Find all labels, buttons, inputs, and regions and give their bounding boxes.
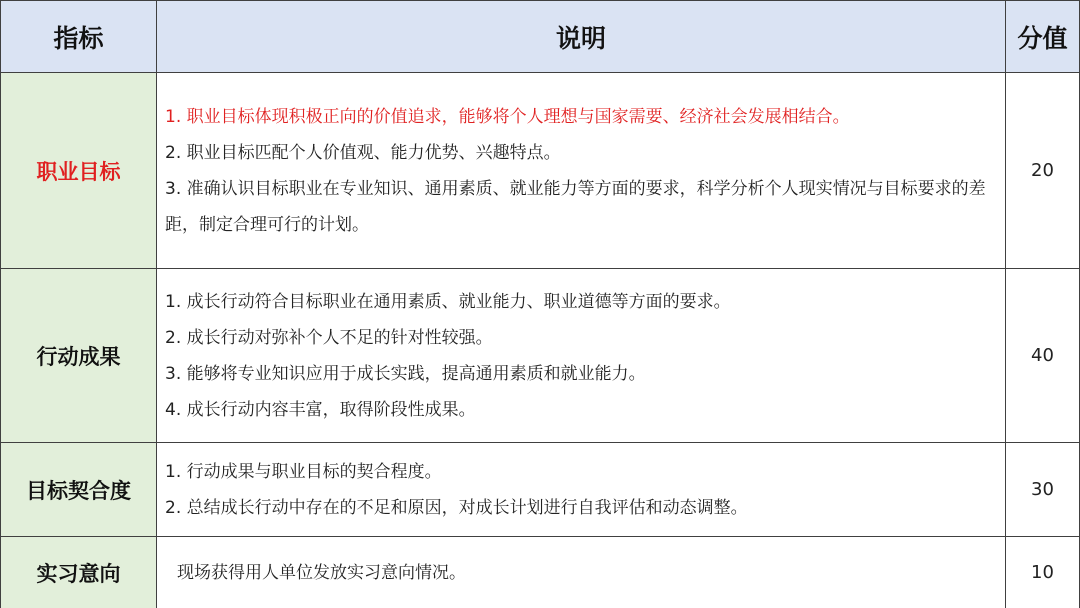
table-row: 目标契合度 1. 行动成果与职业目标的契合程度。 2. 总结成长行动中存在的不足… xyxy=(1,443,1080,537)
scoring-table: 指标 说明 分值 职业目标 1. 职业目标体现积极正向的价值追求，能够将个人理想… xyxy=(0,0,1080,608)
indicator-cell: 行动成果 xyxy=(1,269,157,443)
description-cell: 1. 职业目标体现积极正向的价值追求，能够将个人理想与国家需要、经济社会发展相结… xyxy=(157,73,1006,269)
description-line: 1. 成长行动符合目标职业在通用素质、就业能力、职业道德等方面的要求。 xyxy=(165,284,1005,320)
score-cell: 20 xyxy=(1006,73,1080,269)
description-line: 2. 职业目标匹配个人价值观、能力优势、兴趣特点。 xyxy=(165,135,1005,171)
score-cell: 10 xyxy=(1006,537,1080,608)
description-cell: 1. 成长行动符合目标职业在通用素质、就业能力、职业道德等方面的要求。 2. 成… xyxy=(157,269,1006,443)
indicator-cell: 职业目标 xyxy=(1,73,157,269)
indicator-cell: 实习意向 xyxy=(1,537,157,608)
table-row: 实习意向 现场获得用人单位发放实习意向情况。 10 xyxy=(1,537,1080,608)
score-cell: 30 xyxy=(1006,443,1080,537)
header-indicator: 指标 xyxy=(1,1,157,73)
header-score: 分值 xyxy=(1006,1,1080,73)
description-line: 1. 职业目标体现积极正向的价值追求，能够将个人理想与国家需要、经济社会发展相结… xyxy=(165,99,1005,135)
table-row: 行动成果 1. 成长行动符合目标职业在通用素质、就业能力、职业道德等方面的要求。… xyxy=(1,269,1080,443)
description-line: 1. 行动成果与职业目标的契合程度。 xyxy=(165,454,1005,490)
header-description: 说明 xyxy=(157,1,1006,73)
header-row: 指标 说明 分值 xyxy=(1,1,1080,73)
indicator-cell: 目标契合度 xyxy=(1,443,157,537)
description-line: 2. 成长行动对弥补个人不足的针对性较强。 xyxy=(165,320,1005,356)
description-line: 现场获得用人单位发放实习意向情况。 xyxy=(177,555,1005,591)
description-line: 3. 能够将专业知识应用于成长实践，提高通用素质和就业能力。 xyxy=(165,356,1005,392)
description-line: 2. 总结成长行动中存在的不足和原因，对成长计划进行自我评估和动态调整。 xyxy=(165,490,1005,526)
table-row: 职业目标 1. 职业目标体现积极正向的价值追求，能够将个人理想与国家需要、经济社… xyxy=(1,73,1080,269)
description-line: 3. 准确认识目标职业在专业知识、通用素质、就业能力等方面的要求，科学分析个人现… xyxy=(165,171,1005,243)
description-cell: 现场获得用人单位发放实习意向情况。 xyxy=(157,537,1006,608)
score-cell: 40 xyxy=(1006,269,1080,443)
description-line: 4. 成长行动内容丰富，取得阶段性成果。 xyxy=(165,392,1005,428)
description-cell: 1. 行动成果与职业目标的契合程度。 2. 总结成长行动中存在的不足和原因，对成… xyxy=(157,443,1006,537)
